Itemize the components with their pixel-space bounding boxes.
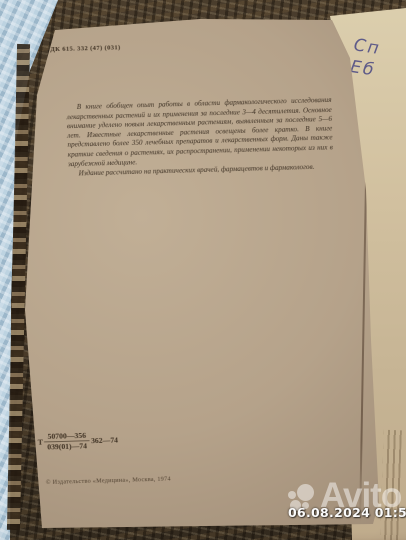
catalog-prefix: Т (38, 438, 43, 447)
catalog-index: Т 50700—356 039(01)—74 362—74 (37, 430, 118, 451)
photo-timestamp: 06.08.2024 01:53 (288, 505, 406, 520)
logo-circle (288, 491, 296, 499)
annotation-block: В книге обобщен опыт работы в области фа… (66, 95, 333, 178)
logo-circle (297, 484, 314, 501)
book-page: УДК 615. 332 (47) (031) В книге обобщен … (0, 0, 406, 540)
page-content: УДК 615. 332 (47) (031) В книге обобщен … (0, 0, 406, 540)
udc-number: УДК 615. 332 (47) (031) (46, 41, 241, 54)
catalog-denominator: 039(01)—74 (44, 441, 90, 451)
handwriting-line: Еб (349, 56, 379, 82)
annotation-paragraph-1: В книге обобщен опыт работы в области фа… (66, 95, 333, 169)
catalog-suffix: 362—74 (91, 436, 118, 445)
catalog-fraction: 50700—356 039(01)—74 (44, 431, 90, 451)
avito-listing-photo: Сп Еб УДК 615. 332 (47) (031) В книге об… (0, 0, 406, 540)
copyright-line: © Издательство «Медицина», Москва, 1974 (46, 473, 280, 486)
